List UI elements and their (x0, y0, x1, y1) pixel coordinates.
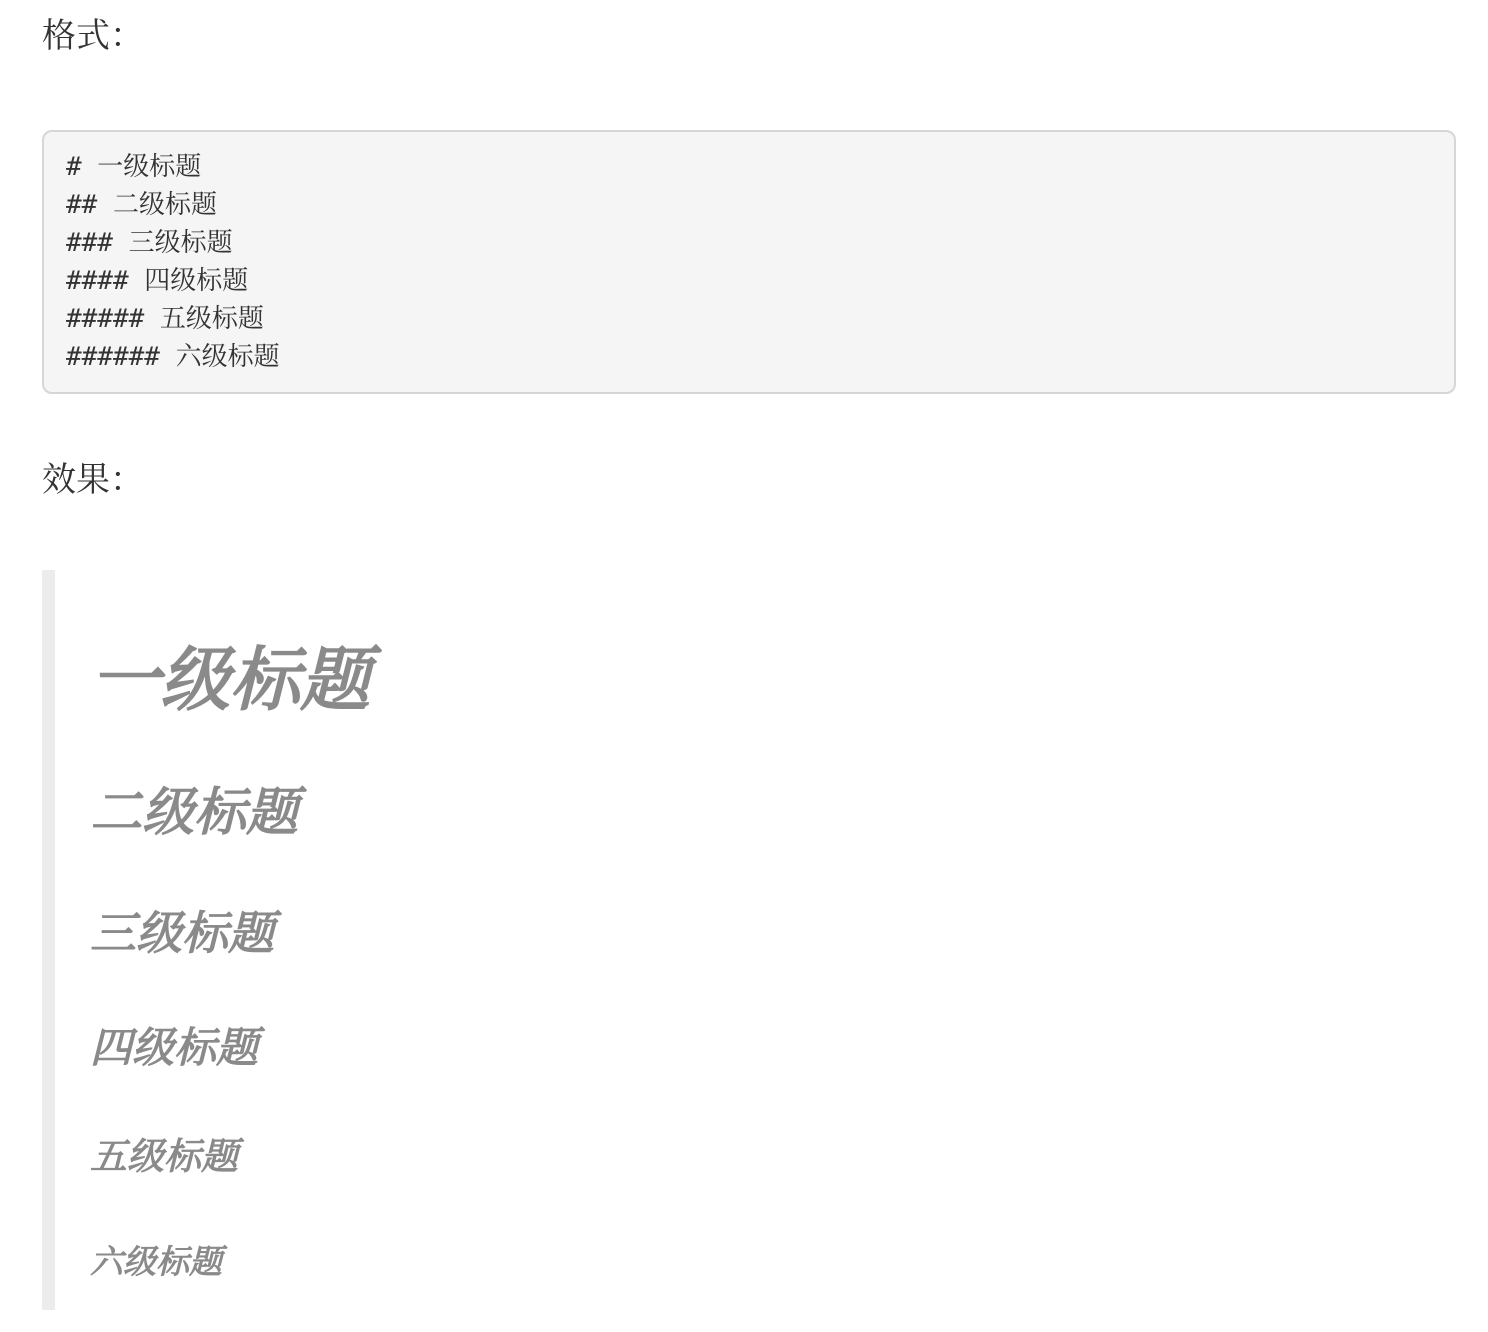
code-line-h1: # 一级标题 (66, 148, 1430, 186)
preview-heading-level-5: 五级标题 (90, 1137, 1456, 1178)
preview-heading-level-4: 四级标题 (90, 1025, 1456, 1071)
effect-section-label: 效果： (42, 460, 1456, 500)
code-line-h6: ###### 六级标题 (66, 338, 1430, 376)
markdown-headings-doc-page: 格式： # 一级标题 ## 二级标题 ### 三级标题 #### 四级标题 ##… (0, 0, 1488, 1310)
markdown-source-code-block: # 一级标题 ## 二级标题 ### 三级标题 #### 四级标题 ##### … (42, 130, 1456, 394)
code-line-h5: ##### 五级标题 (66, 300, 1430, 338)
preview-heading-level-6: 六级标题 (90, 1244, 1456, 1280)
format-section-label: 格式： (42, 16, 1456, 56)
rendered-preview-blockquote: 一级标题 二级标题 三级标题 四级标题 五级标题 六级标题 (42, 570, 1456, 1310)
preview-heading-level-3: 三级标题 (90, 908, 1456, 959)
code-line-h3: ### 三级标题 (66, 224, 1430, 262)
code-line-h2: ## 二级标题 (66, 186, 1430, 224)
preview-heading-level-2: 二级标题 (90, 785, 1456, 842)
preview-heading-level-1: 一级标题 (90, 642, 1456, 719)
code-line-h4: #### 四级标题 (66, 262, 1430, 300)
